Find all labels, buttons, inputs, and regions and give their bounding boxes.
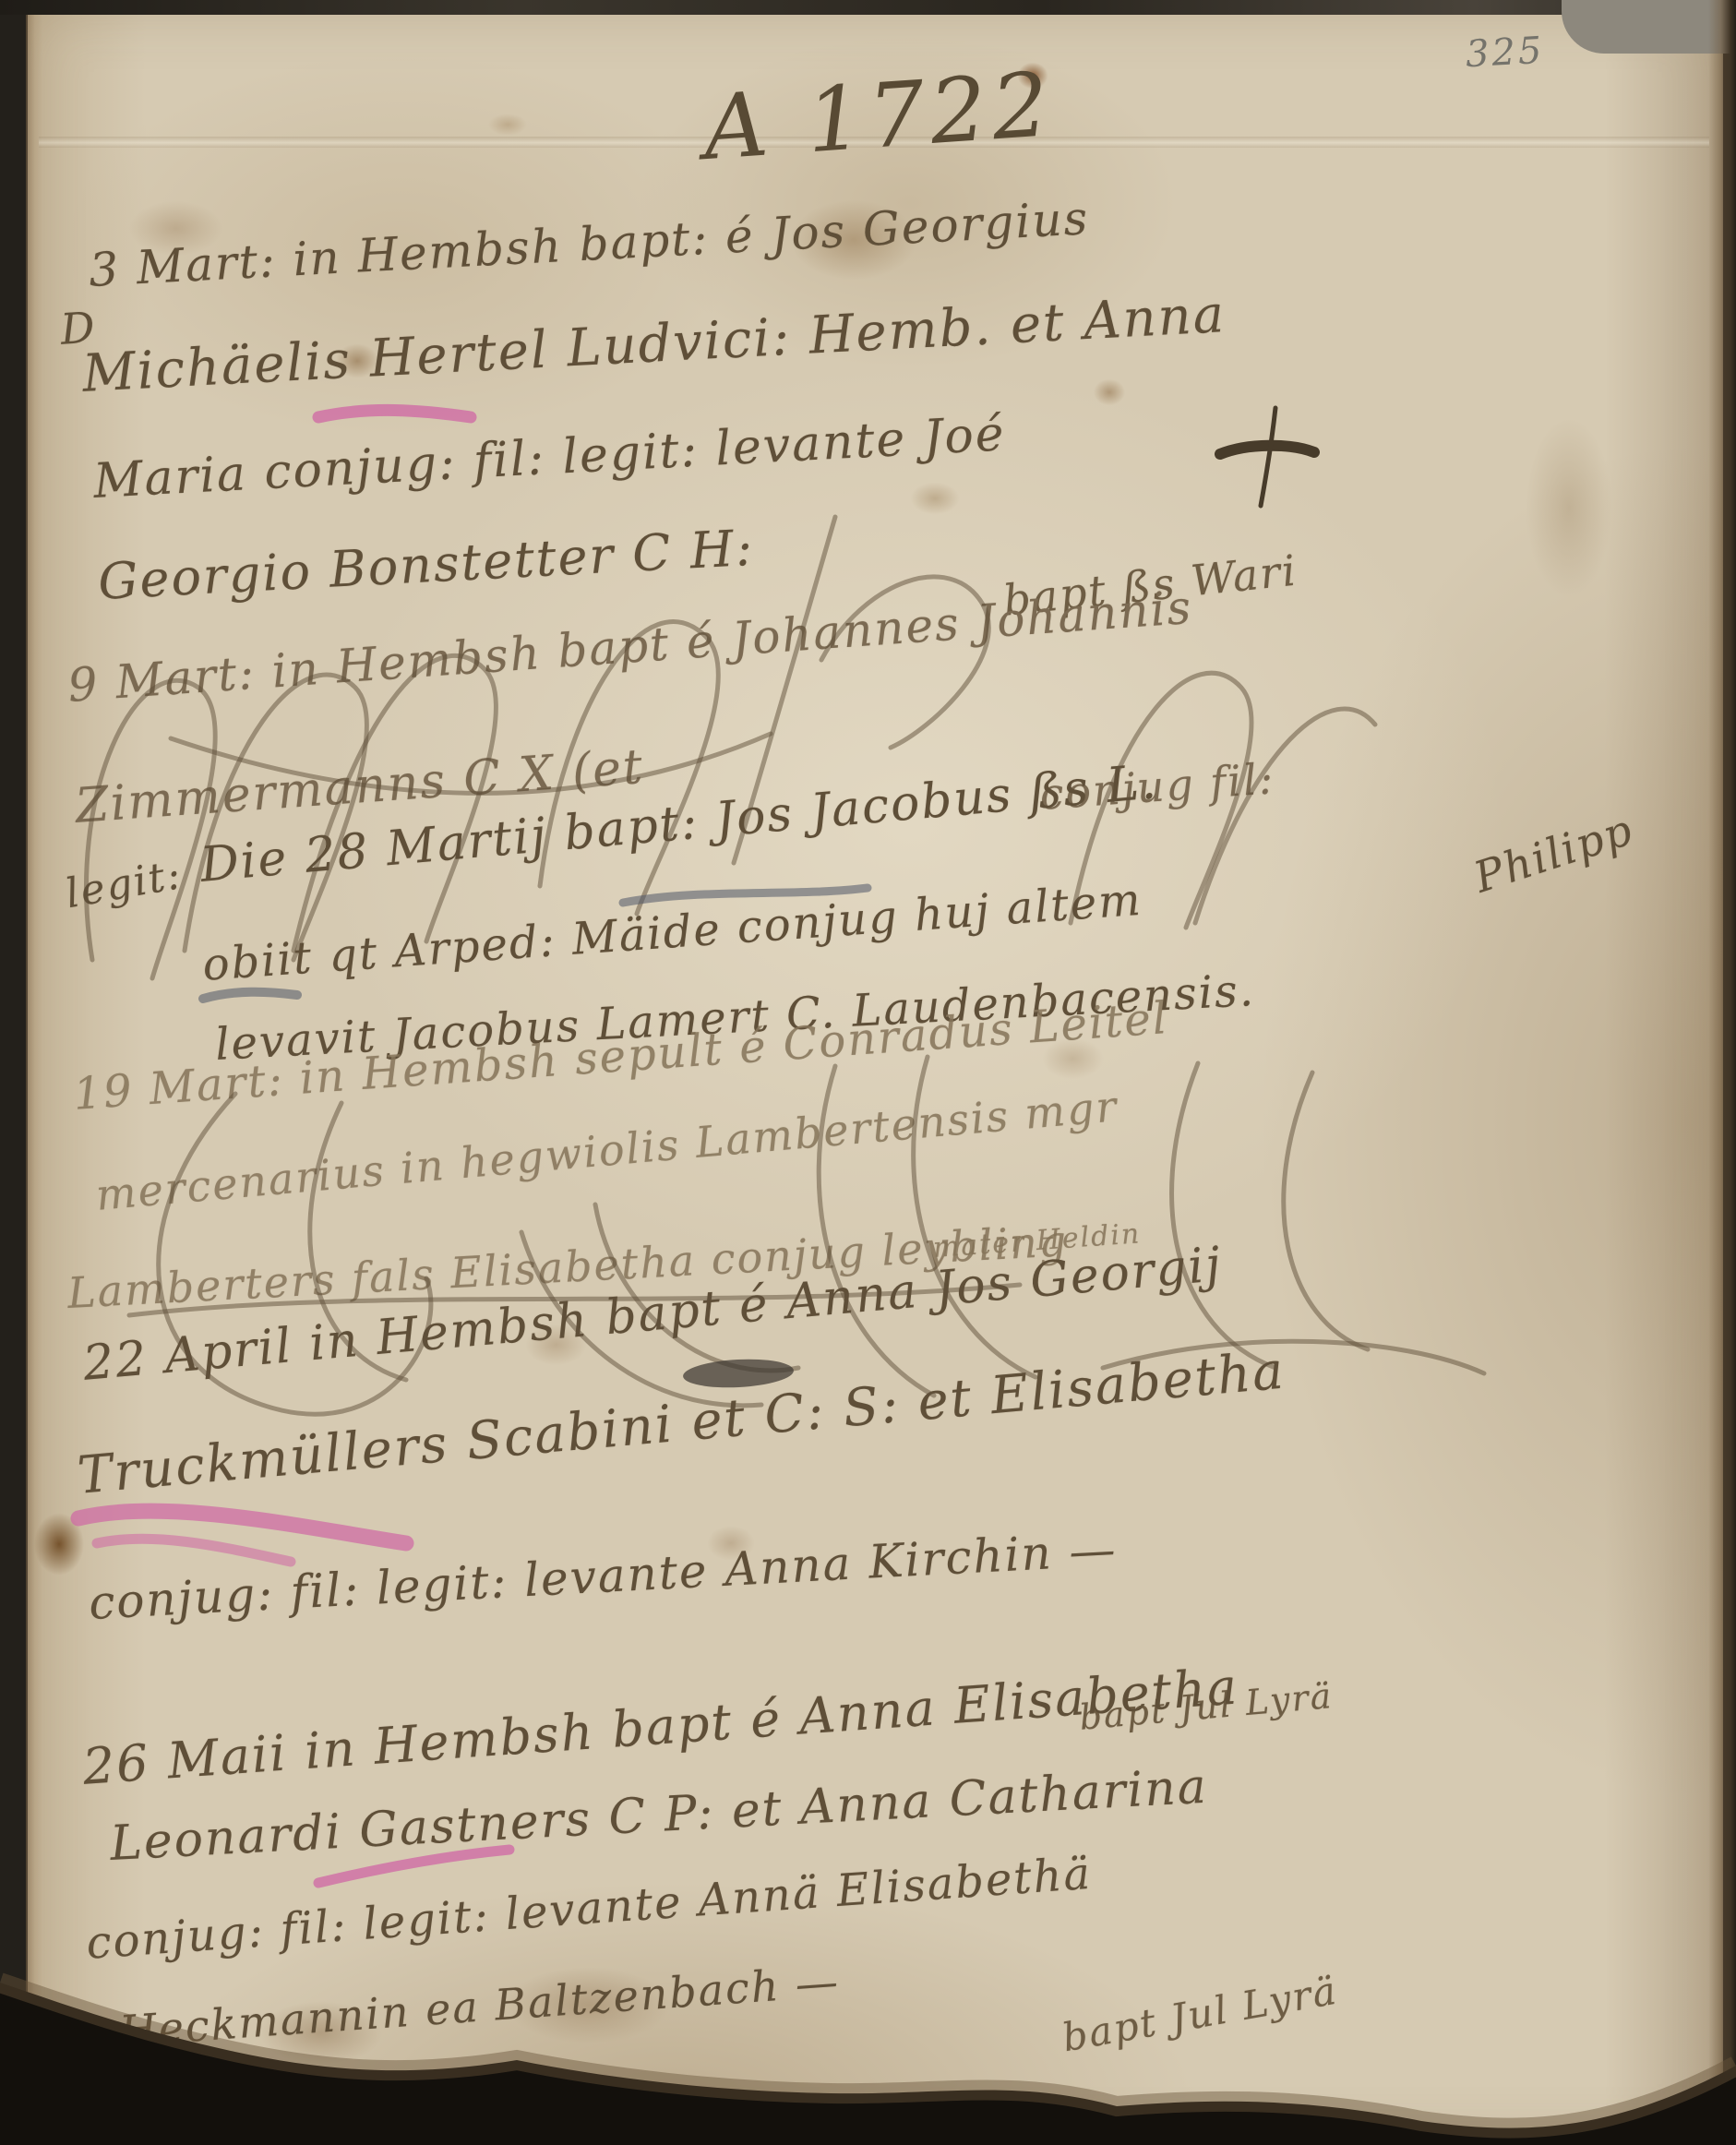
previous-page-edge xyxy=(0,0,28,2145)
scanned-register-page: 325 A 1722 3 Mart: in Hembsh bapt: é Jos… xyxy=(0,0,1736,2145)
book-fore-edge xyxy=(1708,0,1736,2145)
binding-seam xyxy=(26,0,42,2145)
page-number: 325 xyxy=(1465,30,1546,76)
scan-top-edge xyxy=(0,0,1736,15)
